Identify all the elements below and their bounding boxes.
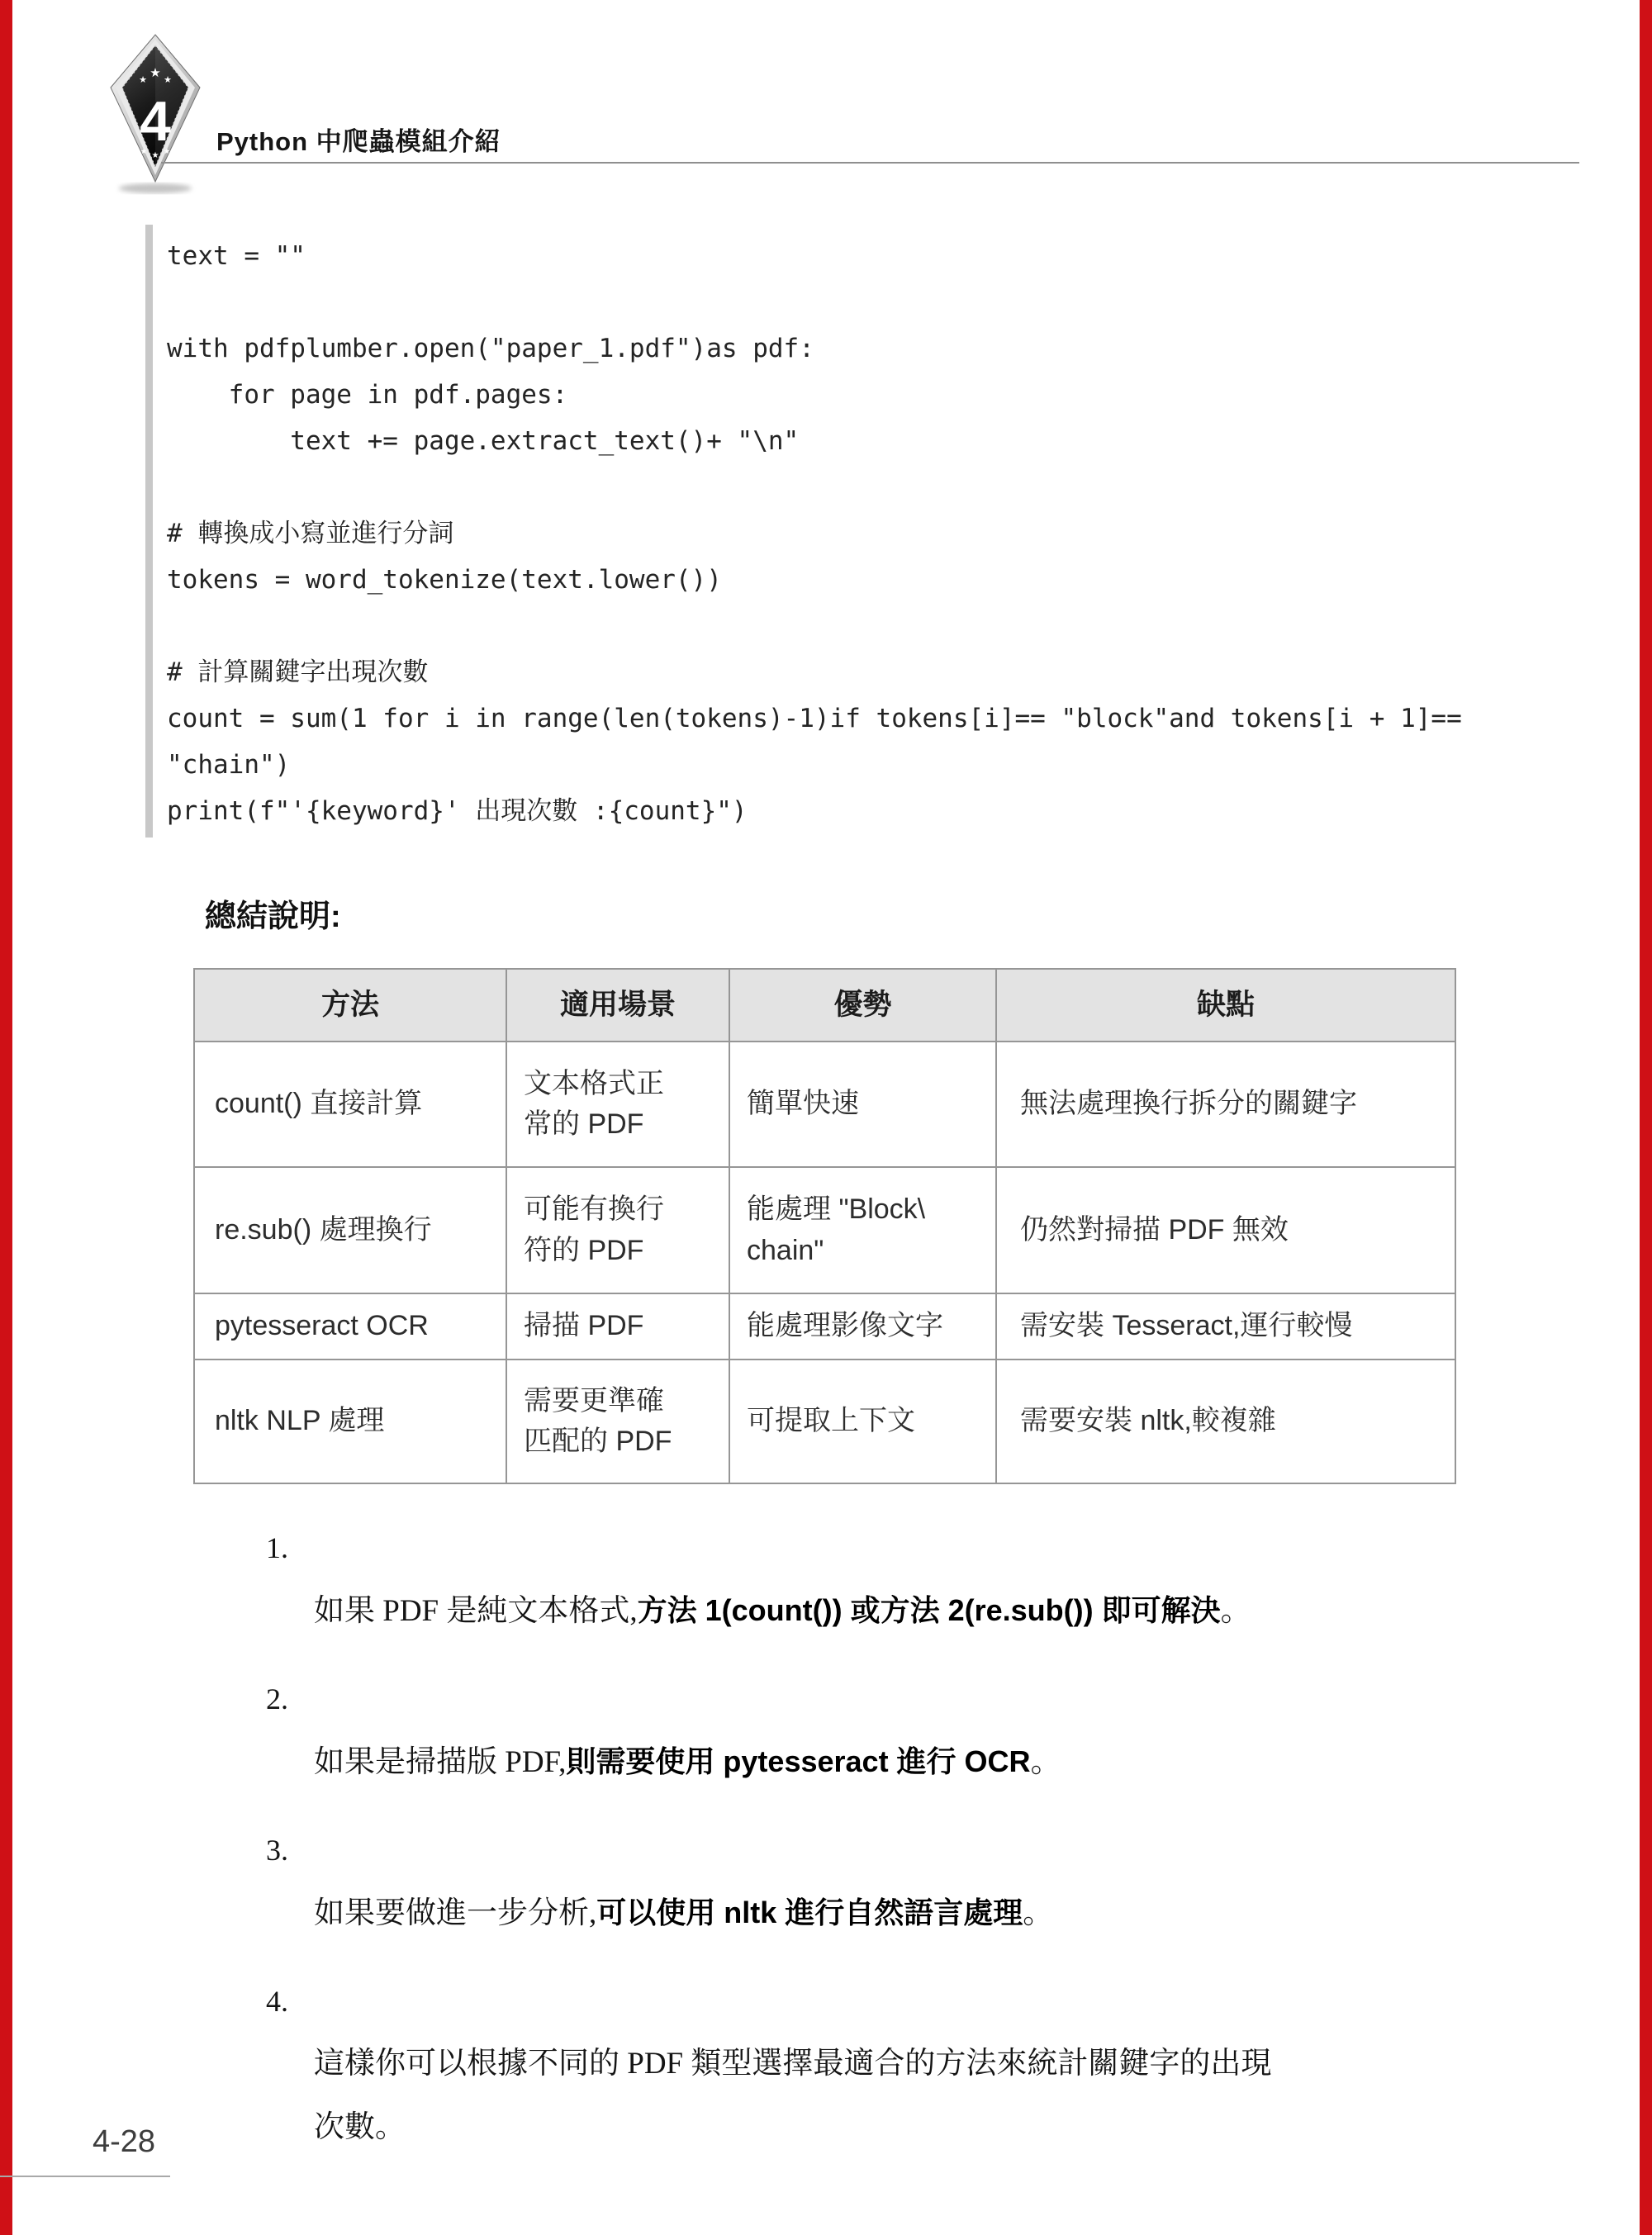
text-segment: 如果是掃描版 PDF, bbox=[314, 1745, 566, 1779]
cell-advantage: 簡單快速 bbox=[729, 1042, 996, 1167]
chapter-badge-diamond-icon: ★ ★ ★ 4 ★ ★ ★ bbox=[106, 33, 205, 195]
text-segment: 如果 PDF 是純文本格式, bbox=[314, 1594, 638, 1628]
list-item: 3. 如果要做進一步分析,可以使用 nltk 進行自然語言處理。 bbox=[266, 1819, 1460, 1945]
cell-scenario: 需要更準確 匹配的 PDF bbox=[506, 1360, 729, 1483]
code-line bbox=[167, 603, 1462, 649]
chapter-number: 4 bbox=[140, 90, 171, 153]
list-item-text: 如果要做進一步分析,可以使用 nltk 進行自然語言處理。 bbox=[314, 1819, 1460, 1945]
header-divider bbox=[161, 162, 1579, 164]
table-header-row: 方法 適用場景 優勢 缺點 bbox=[194, 969, 1455, 1042]
code-line bbox=[167, 464, 1462, 510]
cell-method: count() 直接計算 bbox=[194, 1042, 506, 1167]
footer-divider bbox=[0, 2176, 170, 2177]
code-line bbox=[167, 279, 1462, 325]
list-item-number: 3. bbox=[266, 1819, 314, 1945]
cell-scenario: 文本格式正 常的 PDF bbox=[506, 1042, 729, 1167]
column-header-disadvantage: 缺點 bbox=[996, 969, 1455, 1042]
code-line: # 計算關鍵字出現次數 bbox=[167, 649, 1462, 695]
cell-scenario: 掃描 PDF bbox=[506, 1293, 729, 1360]
code-line: "chain") bbox=[167, 742, 1462, 788]
badge-shadow bbox=[119, 183, 192, 193]
red-bleed-left bbox=[0, 0, 12, 2235]
table-row: nltk NLP 處理 需要更準確 匹配的 PDF 可提取上下文 需要安裝 nl… bbox=[194, 1360, 1455, 1483]
code-line: with pdfplumber.open("paper_1.pdf")as pd… bbox=[167, 325, 1462, 372]
list-item-text: 如果 PDF 是純文本格式,方法 1(count()) 或方法 2(re.sub… bbox=[314, 1516, 1460, 1643]
text-segment: 。 bbox=[1023, 1896, 1053, 1930]
code-line: text += page.extract_text()+ "\n" bbox=[167, 418, 1462, 464]
badge-star-icon: ★ bbox=[139, 75, 147, 85]
cell-advantage: 能處理 "Block\ chain" bbox=[729, 1167, 996, 1293]
cell-advantage: 可提取上下文 bbox=[729, 1360, 996, 1483]
cell-method: nltk NLP 處理 bbox=[194, 1360, 506, 1483]
cell-advantage: 能處理影像文字 bbox=[729, 1293, 996, 1360]
list-item-number: 4. bbox=[266, 1970, 314, 2159]
cell-method: re.sub() 處理換行 bbox=[194, 1167, 506, 1293]
table-row: pytesseract OCR 掃描 PDF 能處理影像文字 需安裝 Tesse… bbox=[194, 1293, 1455, 1360]
page-number: 4-28 bbox=[93, 2124, 155, 2160]
list-item-text: 這樣你可以根據不同的 PDF 類型選擇最適合的方法來統計關鍵字的出現 次數。 bbox=[314, 1970, 1460, 2159]
code-line: # 轉換成小寫並進行分詞 bbox=[167, 510, 1462, 557]
code-line: for page in pdf.pages: bbox=[167, 372, 1462, 418]
code-line: text = "" bbox=[167, 233, 1462, 279]
summary-table-wrap: 方法 適用場景 優勢 缺點 count() 直接計算 文本格式正 常的 PDF … bbox=[193, 968, 1455, 1484]
badge-star-icon: ★ bbox=[150, 66, 160, 80]
text-segment-bold: 可以使用 nltk 進行自然語言處理 bbox=[596, 1896, 1023, 1929]
cell-disadvantage: 需要安裝 nltk,較複雜 bbox=[996, 1360, 1455, 1483]
conclusion-list: 1. 如果 PDF 是純文本格式,方法 1(count()) 或方法 2(re.… bbox=[266, 1516, 1460, 2184]
cell-disadvantage: 需安裝 Tesseract,運行較慢 bbox=[996, 1293, 1455, 1360]
code-block: text = "" with pdfplumber.open("paper_1.… bbox=[167, 233, 1462, 834]
cell-disadvantage: 無法處理換行拆分的關鍵字 bbox=[996, 1042, 1455, 1167]
cell-scenario: 可能有換行 符的 PDF bbox=[506, 1167, 729, 1293]
book-page: ★ ★ ★ 4 ★ ★ ★ Python 中爬蟲模組介紹 text = "" w… bbox=[0, 0, 1652, 2235]
red-bleed-right bbox=[1640, 0, 1652, 2235]
text-segment-bold: 則需要使用 pytesseract 進行 OCR bbox=[566, 1744, 1030, 1778]
badge-star-icon: ★ bbox=[164, 147, 170, 155]
column-header-advantage: 優勢 bbox=[729, 969, 996, 1042]
list-item: 2. 如果是掃描版 PDF,則需要使用 pytesseract 進行 OCR。 bbox=[266, 1668, 1460, 1794]
summary-heading: 總結說明: bbox=[205, 890, 341, 936]
badge-star-icon: ★ bbox=[164, 75, 172, 85]
list-item: 1. 如果 PDF 是純文本格式,方法 1(count()) 或方法 2(re.… bbox=[266, 1516, 1460, 1643]
code-line: print(f"'{keyword}' 出現次數 :{count}") bbox=[167, 788, 1462, 834]
column-header-method: 方法 bbox=[194, 969, 506, 1042]
table-row: re.sub() 處理換行 可能有換行 符的 PDF 能處理 "Block\ c… bbox=[194, 1167, 1455, 1293]
chapter-title: Python 中爬蟲模組介紹 bbox=[216, 121, 501, 158]
list-item-number: 1. bbox=[266, 1516, 314, 1643]
chapter-badge: ★ ★ ★ 4 ★ ★ ★ bbox=[106, 33, 205, 195]
cell-method: pytesseract OCR bbox=[194, 1293, 506, 1360]
cell-disadvantage: 仍然對掃描 PDF 無效 bbox=[996, 1167, 1455, 1293]
list-item: 4. 這樣你可以根據不同的 PDF 類型選擇最適合的方法來統計關鍵字的出現 次數… bbox=[266, 1970, 1460, 2159]
text-segment: 這樣你可以根據不同的 PDF 類型選擇最適合的方法來統計關鍵字的出現 次數。 bbox=[314, 2047, 1271, 2144]
code-line: tokens = word_tokenize(text.lower()) bbox=[167, 557, 1462, 603]
list-item-number: 2. bbox=[266, 1668, 314, 1794]
summary-table: 方法 適用場景 優勢 缺點 count() 直接計算 文本格式正 常的 PDF … bbox=[193, 968, 1456, 1484]
list-item-text: 如果是掃描版 PDF,則需要使用 pytesseract 進行 OCR。 bbox=[314, 1668, 1460, 1794]
column-header-scenario: 適用場景 bbox=[506, 969, 729, 1042]
badge-star-icon: ★ bbox=[140, 147, 147, 155]
code-line: count = sum(1 for i in range(len(tokens)… bbox=[167, 695, 1462, 742]
text-segment: 。 bbox=[1221, 1594, 1251, 1628]
text-segment: 。 bbox=[1031, 1745, 1061, 1779]
text-segment-bold: 方法 1(count()) 或方法 2(re.sub()) 即可解決 bbox=[638, 1593, 1221, 1627]
badge-star-icon: ★ bbox=[152, 151, 159, 160]
table-row: count() 直接計算 文本格式正 常的 PDF 簡單快速 無法處理換行拆分的… bbox=[194, 1042, 1455, 1167]
code-block-left-bar bbox=[145, 225, 153, 838]
text-segment: 如果要做進一步分析, bbox=[314, 1896, 596, 1930]
